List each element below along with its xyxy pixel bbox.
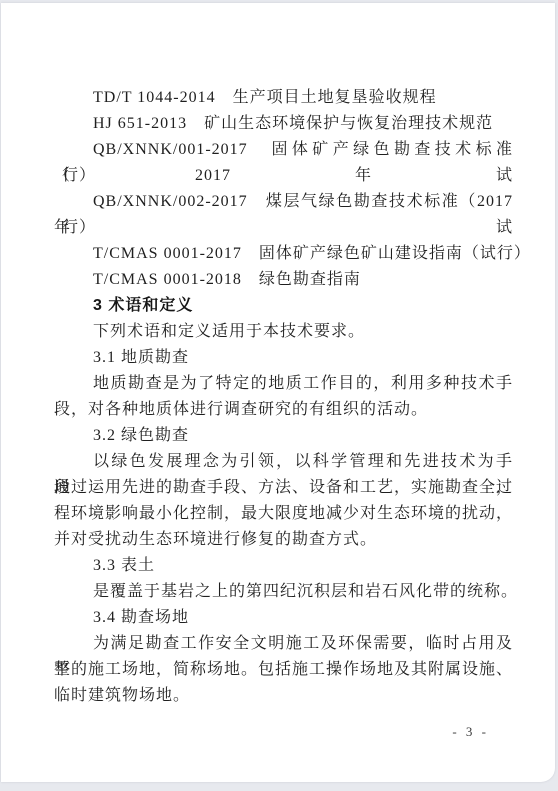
text-line: TD/T 1044-2014 生产项目土地复垦验收规程: [54, 85, 513, 111]
text-line: 整的施工场地，简称场地。包括施工操作场地及其附属设施、: [54, 657, 513, 683]
text-line: HJ 651-2013 矿山生态环境保护与恢复治理技术规范: [54, 111, 513, 137]
text-line: 3.4 勘查场地: [54, 605, 513, 631]
text-line: 下列术语和定义适用于本技术要求。: [54, 319, 513, 345]
text-line: 为满足勘查工作安全文明施工及环保需要，临时占用及平: [54, 631, 513, 657]
text-line: 3.2 绿色勘查: [54, 423, 513, 449]
text-line: T/CMAS 0001-2017 固体矿产绿色矿山建设指南（试行）: [54, 241, 513, 267]
text-line: QB/XNNK/002-2017 煤层气绿色勘查技术标准（2017年试: [54, 189, 513, 215]
text-line: 程环境影响最小化控制，最大限度地减少对生态环境的扰动，: [54, 501, 513, 527]
text-line: 通过运用先进的勘查手段、方法、设备和工艺，实施勘查全过: [54, 475, 513, 501]
text-line: T/CMAS 0001-2018 绿色勘查指南: [54, 267, 513, 293]
text-line: 临时建筑物场地。: [54, 683, 513, 709]
text-line: QB/XNNK/001-2017 固体矿产绿色勘查技术标准（2017年试: [54, 137, 513, 163]
text-line: 以绿色发展理念为引领，以科学管理和先进技术为手段，: [54, 449, 513, 475]
page-number: - 3 -: [452, 724, 489, 740]
section-heading: 3 术语和定义: [54, 293, 513, 319]
text-line: 并对受扰动生态环境进行修复的勘查方式。: [54, 527, 513, 553]
text-line: 3.3 表土: [54, 553, 513, 579]
text-line: 是覆盖于基岩之上的第四纪沉积层和岩石风化带的统称。: [54, 579, 513, 605]
document-body: TD/T 1044-2014 生产项目土地复垦验收规程HJ 651-2013 矿…: [54, 85, 513, 709]
scan-background: TD/T 1044-2014 生产项目土地复垦验收规程HJ 651-2013 矿…: [0, 0, 558, 791]
text-line: 地质勘查是为了特定的地质工作目的，利用多种技术手: [54, 371, 513, 397]
text-line: 3.1 地质勘查: [54, 345, 513, 371]
text-line: 段，对各种地质体进行调查研究的有组织的活动。: [54, 397, 513, 423]
document-page: TD/T 1044-2014 生产项目土地复垦验收规程HJ 651-2013 矿…: [1, 3, 555, 782]
